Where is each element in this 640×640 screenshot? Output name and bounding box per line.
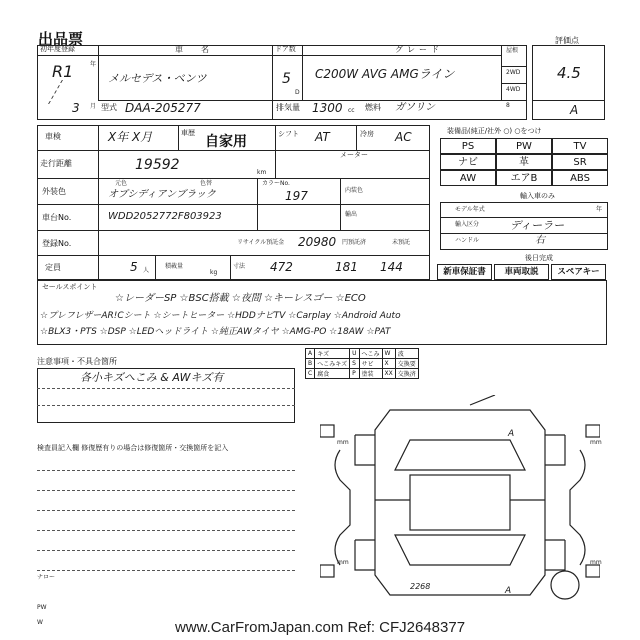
ac-label: 冷房 [360, 131, 374, 138]
inspector-line [37, 470, 295, 471]
model-year-unit: 年 [596, 207, 602, 213]
equipment-header: 装備品(純正/社外 ○) ○をつけ [447, 128, 542, 135]
inspector-line [37, 510, 295, 511]
legend-cell: XX [382, 369, 395, 379]
recycle-unpaid: 未預託 [392, 240, 410, 246]
bottom-label-pw: PW [37, 605, 47, 611]
legend-cell: 塗装 [359, 369, 382, 379]
shift-value: AT [315, 131, 330, 143]
notes-label: 注意事項・不具合箇所 [37, 358, 117, 366]
color-original: 元色 [115, 181, 127, 187]
damage-mark-front: A [508, 430, 514, 439]
displacement-label: 排気量 [276, 104, 300, 112]
meter-label: メーター [340, 152, 368, 159]
mileage-value: 19592 [135, 158, 180, 172]
evaluation-box [532, 45, 605, 120]
fuel-value: ガソリン [395, 103, 435, 113]
legend-cell: へこみキズ [315, 359, 350, 369]
equip-ABS: ABS [552, 170, 608, 186]
shaken-value: X年 X月 [108, 131, 152, 143]
fuel-label: 燃料 [365, 104, 381, 112]
recycle-paid: 円預託済 [342, 240, 366, 246]
notes-text: 各小キズへこみ & AWキズ有 [80, 372, 223, 383]
load-label: 積載量 [165, 264, 183, 270]
car-diagram [320, 395, 600, 610]
size-height: 144 [380, 261, 403, 273]
mm-label-rl: mm [337, 560, 349, 566]
legend-cell: 波 [395, 349, 418, 359]
legend-cell: A [306, 349, 315, 359]
load-unit: kg [210, 270, 217, 276]
delivery-label: 後日完成 [525, 255, 553, 262]
usage-value: 自家用 [205, 131, 247, 151]
vin-label: 車台No. [42, 214, 71, 222]
inspector-label: 検査員記入欄 修復歴有りの場合は修復箇所・交換箇所を記入 [37, 445, 228, 452]
doors-value: 5 [282, 72, 291, 86]
name-value: メルセデス・ベンツ [108, 73, 207, 84]
mm-label-fl: mm [337, 440, 349, 446]
grade-label: グレード [395, 46, 443, 54]
plate-label: 登録No. [42, 240, 71, 248]
color-label: 外装色 [42, 188, 66, 196]
seat-label: 8 [506, 103, 510, 109]
legend-cell: 腐食 [315, 369, 350, 379]
size-width: 181 [335, 261, 358, 273]
import-only-label: 輸入車のみ [520, 193, 555, 200]
sales-line-2: ☆プレフレザーAR!Cシート ☆シートヒーター ☆HDDナビTV ☆Carpla… [40, 312, 401, 321]
month-unit: 月 [90, 104, 96, 110]
legend-cell: B [306, 359, 315, 369]
export-label: 輸出 [345, 212, 357, 218]
color-no-label: カラーNo. [262, 181, 290, 187]
sales-line-3: ☆BLX3・PTS ☆DSP ☆LEDヘッドライト ☆純正AWタイヤ ☆AMG-… [40, 328, 391, 337]
legend-cell: X [382, 359, 395, 369]
drive-4wd: 4WD [506, 87, 520, 93]
equip-PS: PS [440, 138, 496, 154]
interior-grade: A [570, 104, 578, 116]
usage-label: 車歴 [181, 130, 195, 137]
type-label: 型式 [101, 104, 117, 112]
sales-points-label: セールスポイント [42, 284, 97, 291]
equip-PW: PW [496, 138, 552, 154]
name-label: 車名 [175, 46, 227, 54]
inspector-line [37, 550, 295, 551]
legend-cell: S [350, 359, 359, 369]
inspector-line [37, 570, 295, 571]
displacement-unit: cc [348, 108, 355, 114]
legend-cell: 交換要 [395, 359, 418, 369]
recycle-label: リサイクル預託金 [237, 240, 284, 246]
legend-cell: U [350, 349, 359, 359]
inspector-line [37, 490, 295, 491]
mileage-label: 走行距離 [40, 160, 72, 168]
diagram-note: 2268 [410, 583, 430, 591]
handle-label: ハンドル [455, 238, 479, 244]
mm-label-rr: mm [590, 560, 602, 566]
grade-value: C200W AVG AMGライン [315, 65, 495, 83]
year-value: R1 [52, 64, 73, 80]
sales-line-1: ☆レーダーSP ☆BSC搭載 ☆夜間 ☆キーレスゴー ☆ECO [115, 294, 366, 304]
legend-cell: キズ [315, 349, 350, 359]
score-value: 4.5 [557, 66, 581, 81]
vin-value: WDD2052772F803923 [108, 212, 222, 222]
interior-color-label: 内装色 [345, 188, 363, 194]
size-label: 寸法 [233, 264, 245, 270]
capacity-label: 定員 [45, 264, 61, 272]
legend-cell: P [350, 369, 359, 379]
legend-cell: C [306, 369, 315, 379]
color-value: オブシディアンブラック [108, 190, 216, 200]
equip-SR: SR [552, 154, 608, 170]
equip-TV: TV [552, 138, 608, 154]
color-changed: 色替 [200, 181, 212, 187]
doors-label: ドア数 [275, 46, 296, 53]
year-label: 初年度登録 [40, 46, 75, 53]
size-length: 472 [270, 261, 293, 273]
damage-legend: AキズUへこみW波BへこみキズSサビX交換要C腐食P塗装XX交換済 [305, 348, 419, 379]
model-year-label: モデル年式 [455, 207, 485, 213]
displacement-value: 1300 [312, 102, 343, 114]
import-class-label: 輸入区分 [455, 222, 479, 228]
recycle-value: 20980 [298, 236, 336, 248]
bottom-label-1: ナロー [37, 575, 55, 581]
legend-cell: W [382, 349, 395, 359]
import-class-value: ディーラー [510, 220, 564, 231]
mm-label-fr: mm [590, 440, 602, 446]
evaluation-label: 評価点 [555, 37, 579, 45]
damage-mark-rear: A [505, 587, 511, 596]
legend-cell: サビ [359, 359, 382, 369]
equip-革: 革 [496, 154, 552, 170]
roof-label: 屋根 [506, 48, 518, 54]
capacity-value: 5 [130, 261, 138, 273]
badge-manual: 車両取説 [494, 264, 549, 280]
doors-unit: D [295, 90, 300, 96]
year-unit: 年 [90, 62, 96, 68]
handle-value: 右 [535, 236, 545, 246]
type-value: DAA-205277 [125, 102, 201, 114]
equip-ナビ: ナビ [440, 154, 496, 170]
equip-エアB: エアB [496, 170, 552, 186]
mileage-unit: km [257, 170, 266, 176]
shift-label: シフト [278, 131, 299, 138]
ac-value: AC [395, 131, 412, 143]
badge-spare-key: スペアキー [551, 264, 606, 280]
inspector-line [37, 530, 295, 531]
equip-AW: AW [440, 170, 496, 186]
color-no-value: 197 [285, 190, 308, 202]
footer-watermark: www.CarFromJapan.com Ref: CFJ2648377 [0, 619, 640, 636]
capacity-unit: 人 [143, 268, 149, 274]
badge-new-car-warranty: 新車保証書 [437, 264, 492, 280]
legend-cell: 交換済 [395, 369, 418, 379]
drive-2wd: 2WD [506, 70, 520, 76]
legend-cell: へこみ [359, 349, 382, 359]
shaken-label: 車検 [45, 133, 61, 141]
